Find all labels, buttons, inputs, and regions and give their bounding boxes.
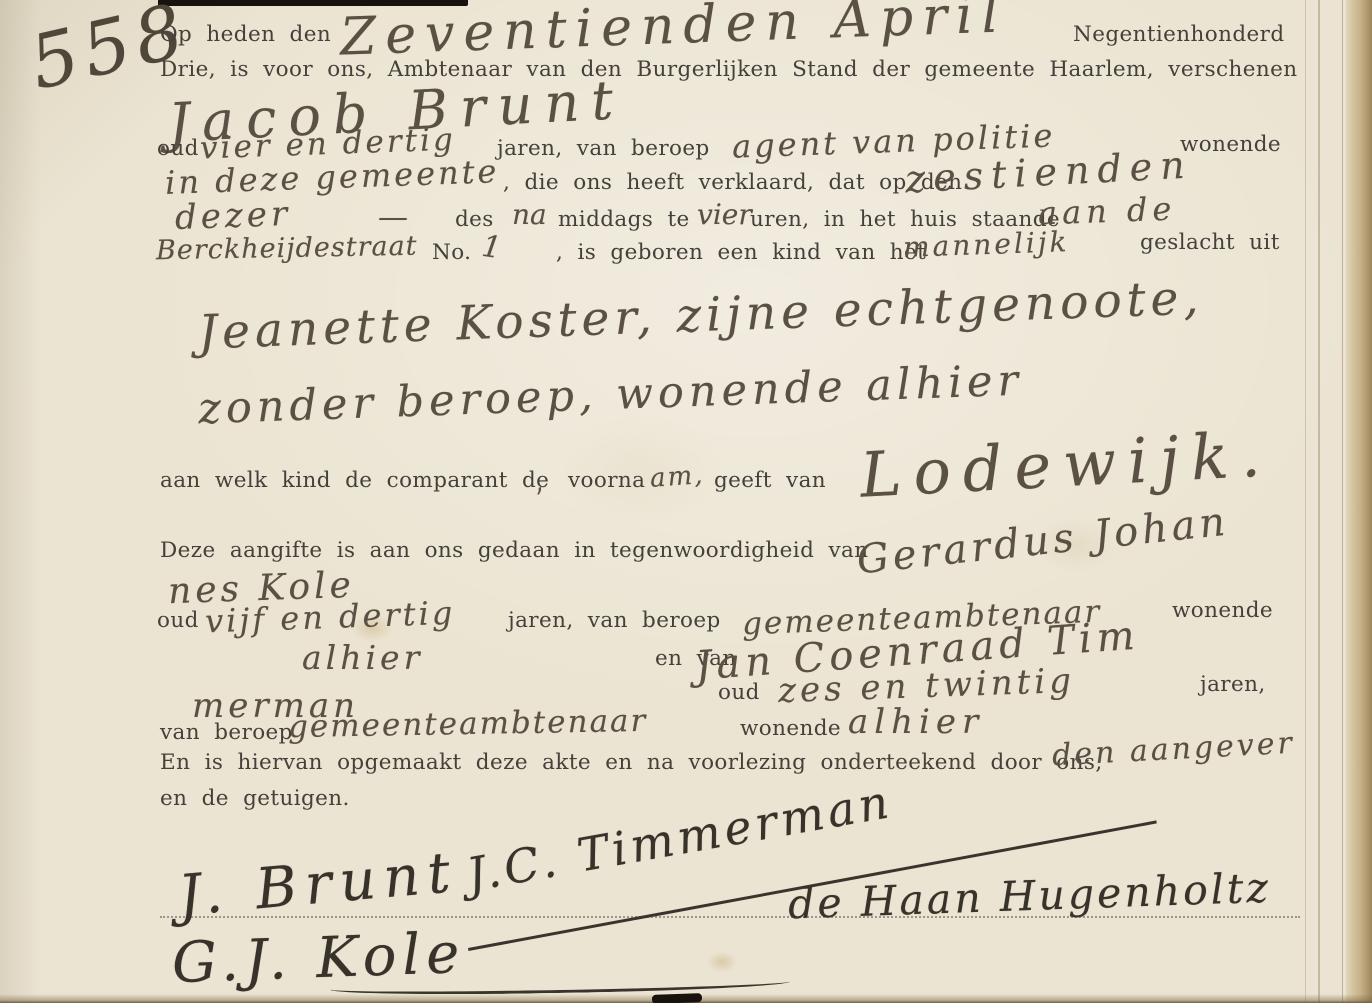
printed-born-child: , is geboren een kind van het (556, 240, 926, 265)
printed-des: des (455, 207, 494, 232)
printed-gives: geeft van (714, 468, 826, 493)
hw-mother-name-line: Jeanette Koster, zijne echtgenoote, (197, 270, 1204, 360)
printed-drawn-up: En is hiervan opgemaakt deze akte en na … (160, 750, 1103, 775)
hw-mother-occupation-line: zonder beroep, wonende alhier (197, 356, 1023, 435)
printed-witness2-residing: wonende (740, 716, 841, 741)
hw-signed-by: den aangever (1051, 726, 1295, 774)
printed-residing-1: wonende (1180, 132, 1281, 157)
printed-name-intro-a: aan welk kind de comparant de (160, 468, 549, 493)
hw-gender: mannelijk (902, 225, 1070, 264)
birth-certificate-scan: 558 Op heden den Zeventienden April Nege… (0, 0, 1372, 1003)
hw-dash: — (378, 200, 408, 235)
printed-witness2-years: jaren, (1200, 672, 1266, 697)
hw-house-number: 1 (480, 229, 504, 266)
hw-witness2-occupation: gemeenteambtenaar (288, 703, 648, 745)
hw-witness1-age: vijf en dertig (204, 594, 455, 641)
hw-birth-month: dezer (174, 194, 292, 238)
hw-street: Berckheijdestraat (156, 231, 418, 267)
printed-on-this-day: Op heden den (160, 22, 331, 47)
page-edge-inner-line (1342, 0, 1343, 1003)
hw-witness1-residence: alhier (302, 638, 423, 677)
printed-no: No. (432, 240, 471, 265)
printed-witness1-years-occ: jaren, van beroep (508, 608, 721, 633)
printed-witness-intro: Deze aangifte is aan ons gedaan in tegen… (160, 538, 869, 563)
printed-declared: , die ons heeft verklaard, dat op den (503, 170, 962, 195)
page-fold-line-1 (1305, 0, 1306, 1003)
signature-registrar: de Haan Hugenholtz (787, 864, 1271, 929)
hw-witness1-name-part1: Gerardus Johan (855, 499, 1232, 584)
printed-witness1-aged: oud (157, 608, 199, 633)
printed-name-intro-b: voorna (568, 468, 645, 493)
printed-witness1-residing: wonende (1172, 598, 1273, 623)
hw-witness2-residence: alhier (848, 702, 984, 742)
printed-aged: oud (157, 136, 199, 161)
printed-year-continued: Drie, is voor ons, Ambtenaar van den Bur… (160, 57, 1297, 82)
printed-year-word: Negentienhonderd (1073, 22, 1285, 47)
hw-name-suffix: am, (649, 460, 705, 494)
page-fold-line-2 (1318, 0, 1320, 1003)
printed-years-occupation: jaren, van beroep (497, 136, 710, 161)
hw-child-name: Lodewijk. (858, 417, 1274, 511)
scan-artifact-bottom-blob (652, 993, 702, 1003)
printed-middags-te: middags te (558, 207, 690, 232)
page-edge-binding (1346, 0, 1372, 1003)
hw-hour: vier (697, 198, 752, 231)
hw-daypart: na (512, 198, 547, 231)
printed-witness2-aged: oud (718, 680, 760, 705)
printed-witness2-occupation: van beroep (160, 720, 293, 745)
printed-and-witnesses: en de getuigen. (160, 786, 350, 811)
printed-gender-from: geslacht uit (1140, 230, 1280, 255)
